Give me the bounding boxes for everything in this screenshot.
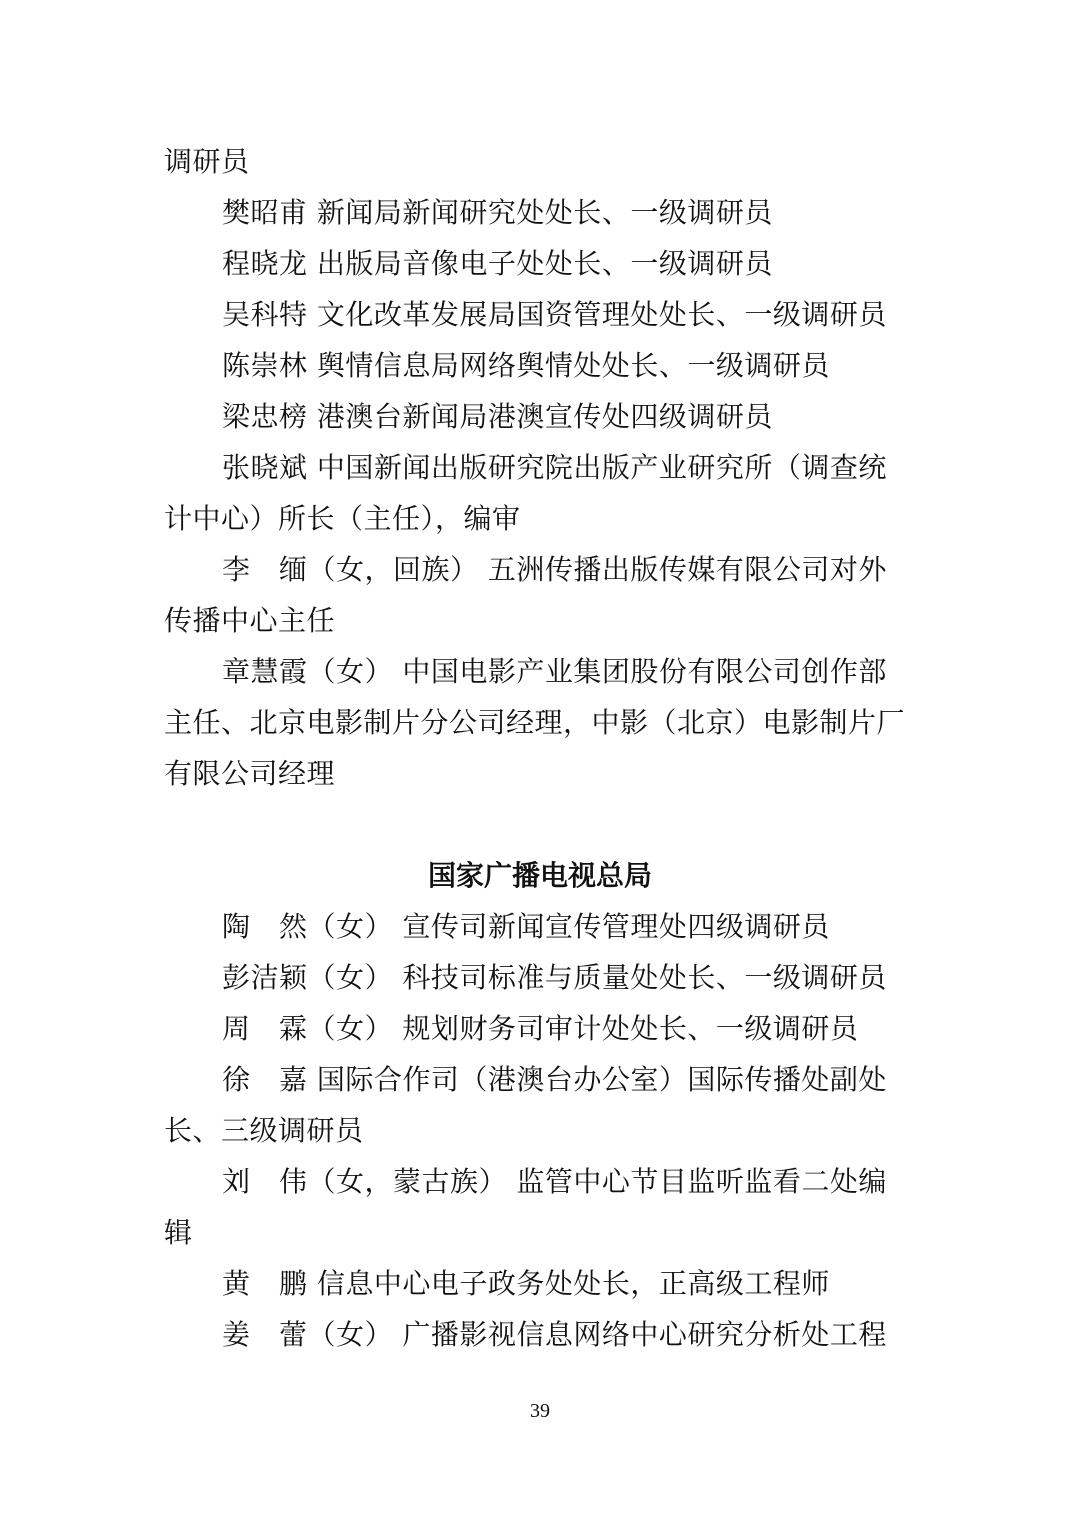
text-line: 陈崇林 舆情信息局网络舆情处处长、一级调研员 [222, 349, 830, 383]
text-line: 黄 鹏 信息中心电子政务处处长，正高级工程师 [222, 1267, 830, 1301]
text-line: 辑 [164, 1216, 193, 1250]
text-line: 张晓斌 中国新闻出版研究院出版产业研究所（调查统 [222, 451, 887, 485]
text-line: 有限公司经理 [164, 757, 335, 791]
section-heading: 国家广播电视总局 [0, 859, 1080, 893]
text-line: 梁忠榜 港澳台新闻局港澳宣传处四级调研员 [222, 400, 773, 434]
text-line: 彭洁颖（女） 科技司标准与质量处处长、一级调研员 [222, 961, 887, 995]
text-line: 樊昭甫 新闻局新闻研究处处长、一级调研员 [222, 196, 773, 230]
text-line: 李 缅（女，回族） 五洲传播出版传媒有限公司对外 [222, 553, 887, 587]
text-line: 程晓龙 出版局音像电子处处长、一级调研员 [222, 247, 773, 281]
text-line: 陶 然（女） 宣传司新闻宣传管理处四级调研员 [222, 910, 830, 944]
text-line: 吴科特 文化改革发展局国资管理处处长、一级调研员 [222, 298, 887, 332]
text-line: 刘 伟（女，蒙古族） 监管中心节目监听监看二处编 [222, 1165, 887, 1199]
text-line: 计中心）所长（主任），编审 [164, 502, 521, 536]
text-line: 长、三级调研员 [164, 1114, 364, 1148]
text-line: 调研员 [164, 145, 250, 179]
text-line: 传播中心主任 [164, 604, 335, 638]
text-line: 周 霖（女） 规划财务司审计处处长、一级调研员 [222, 1012, 858, 1046]
text-line: 章慧霞（女） 中国电影产业集团股份有限公司创作部 [222, 655, 887, 689]
text-line: 徐 嘉 国际合作司（港澳台办公室）国际传播处副处 [222, 1063, 887, 1097]
page-number: 39 [0, 1400, 1080, 1423]
text-line: 姜 蕾（女） 广播影视信息网络中心研究分析处工程 [222, 1318, 887, 1352]
text-line: 主任、北京电影制片分公司经理，中影（北京）电影制片厂 [164, 706, 905, 740]
